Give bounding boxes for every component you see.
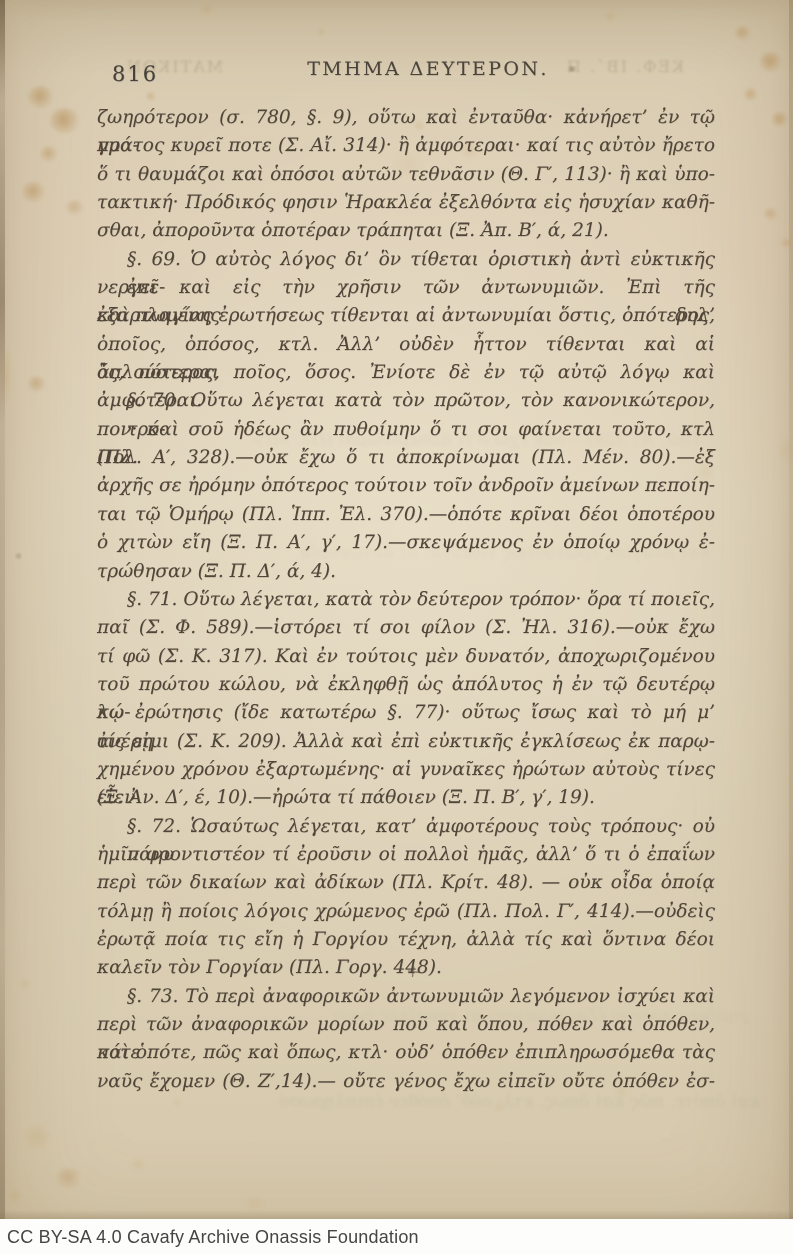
- text-line: ναῦς ἔχομεν (Θ. Ζ′,14).— οὔτε γένος ἔχω …: [97, 1068, 715, 1096]
- foxing-stain: [744, 88, 758, 101]
- text-line: καὶ πλαγίας ἐρωτήσεως τίθενται αἱ ἀντωνυ…: [97, 302, 715, 330]
- running-header: ΤΜΗΜΑ ΔΕΥΤΕΡΟΝ.: [119, 58, 737, 80]
- text-line: ὅς, πότερος, ποῖος, ὅσος. Ἐνίοτε δὲ ἐν τ…: [97, 359, 715, 387]
- text-line: §. 71. Οὕτω λέγεται, κατὰ τὸν δεύτερον τ…: [97, 586, 715, 614]
- text-line: τίς εἰμι (Σ. Κ. 209). Ἀλλὰ καὶ ἐπὶ εὐκτι…: [97, 728, 715, 756]
- text-line: ται τῷ Ὁμήρῳ (Πλ. Ἱππ. Ἐλ. 370).—ὁπότε κ…: [97, 501, 715, 529]
- foxing-stain: [50, 108, 80, 134]
- foxing-stain: [146, 92, 156, 101]
- foxing-stain: [66, 200, 84, 215]
- text-line: ἐρωτᾷ ποία τις εἴη ἡ Γοργίου τέχνη, ἀλλὰ…: [97, 926, 715, 954]
- text-line: §. 72. Ὡσαύτως λέγεται, κατ’ ἀμφοτέρους …: [97, 813, 715, 841]
- foxing-stain: [760, 52, 782, 72]
- text-line: χημένου χρόνου ἐξαρτωμένης· αἱ γυναῖκες …: [97, 756, 715, 784]
- text-line: πον· καὶ σοῦ ἡδέως ἂν πυθοίμην ὅ τι σοι …: [97, 416, 715, 444]
- text-line: λῳ ἐρώτησις (ἴδε κατωτέρω §. 77)· οὕτως …: [97, 699, 715, 727]
- text-line: γματος κυρεῖ ποτε (Σ. Αἴ. 314)· ἢ ἀμφότε…: [97, 132, 715, 160]
- text-line: ἀρχῆς σε ἠρόμην ὁπότερος τούτοιν τοῖν ἀν…: [97, 472, 715, 500]
- license-bar: CC BY-SA 4.0 Cavafy Archive Onassis Foun…: [0, 1219, 793, 1255]
- text-line: ζωηρότερον (σ. 780, §. 9), οὕτω καὶ ἐντα…: [97, 104, 715, 132]
- foxing-stain: [782, 238, 792, 248]
- paper-edge-shadow: [0, 1210, 793, 1219]
- paper-edge-shadow: [789, 0, 793, 1255]
- foxing-stain: [240, 1196, 270, 1210]
- text-line: Πολ. Α′, 328).—οὐκ ἔχω ὅ τι ἀποκρίνωμαι …: [97, 444, 715, 472]
- text-line: τοῦ πρώτου κώλου, νὰ ἐκληφθῇ ὡς ἀπόλυτος…: [97, 671, 715, 699]
- text-line: τόλμῃ ἢ ποίοις λόγοις χρώμενος ἐρῶ (Πλ. …: [97, 898, 715, 926]
- foxing-stain: [764, 208, 778, 220]
- foxing-stain: [780, 430, 793, 470]
- license-text: CC BY-SA 4.0 Cavafy Archive Onassis Foun…: [0, 1219, 793, 1255]
- text-line: νεργεῖ καὶ εἰς τὴν χρῆσιν τῶν ἀντωνυμιῶν…: [97, 274, 715, 302]
- text-line: τί φῶ (Σ. Κ. 317). Καὶ ἐν τούτοις μὲν δυ…: [97, 643, 715, 671]
- text-line: παῖ (Σ. Φ. 589).—ἱστόρει τί σοι φίλον (Σ…: [97, 614, 715, 642]
- foxing-stain: [28, 86, 54, 108]
- foxing-stain: [772, 112, 788, 127]
- text-line: §. 70. Οὕτω λέγεται κατὰ τὸν πρῶτον, τὸν…: [97, 387, 715, 415]
- text-line: ὁ χιτὼν εἴη (Ξ. Π. Α′, γ′, 17).—σκεψάμεν…: [97, 529, 715, 557]
- foxing-stain: [172, 1098, 182, 1107]
- text-line: τρώθησαν (Ξ. Π. Δ′, ά, 4).: [97, 558, 715, 586]
- foxing-stain: [735, 26, 751, 40]
- foxing-stain: [28, 376, 46, 392]
- text-line: ὁποῖος, ὁπόσος, κτλ. Ἀλλ’ οὐδὲν ἧττον τί…: [97, 331, 715, 359]
- foxing-stain: [200, 4, 214, 14]
- foxing-stain: [316, 28, 326, 36]
- body-text-block: ζωηρότερον (σ. 780, §. 9), οὕτω καὶ ἐντα…: [97, 104, 715, 1096]
- text-line: περὶ τῶν ἀναφορικῶν μορίων ποῦ καὶ ὅπου,…: [97, 1011, 715, 1039]
- foxing-stain: [40, 146, 58, 162]
- foxing-stain: [6, 1188, 24, 1204]
- foxing-stain: [56, 1168, 82, 1188]
- text-line: §. 69. Ὁ αὐτὸς λόγος δι’ ὃν τίθεται ὁρισ…: [97, 246, 715, 274]
- foxing-stain: [2, 330, 10, 420]
- text-line: (Ξ. Ἀν. Δ′, έ, 10).—ἠρώτα τί πάθοιεν (Ξ.…: [97, 784, 715, 812]
- text-line: καὶ ὁπότε, πῶς καὶ ὅπως, κτλ· οὐδ’ ὁπόθε…: [97, 1039, 715, 1067]
- ink-mark-cross: +: [405, 961, 422, 983]
- foxing-stain: [22, 182, 46, 202]
- text-line: σθαι, ἀποροῦντα ὁποτέραν τράπηται (Ξ. Ἀπ…: [97, 217, 715, 245]
- book-page-scan: ΚΕΦ. ΙΒ΄. Π ΜΑΤΙΚΩΝ. Πολ. Α′, 328).—οὐκ …: [0, 0, 793, 1255]
- foxing-stain: [604, 12, 616, 21]
- text-line: ἡμῖν φροντιστέον τί ἐροῦσιν οἱ πολλοὶ ἡμ…: [97, 841, 715, 869]
- foxing-stain: [130, 1158, 146, 1171]
- paper-edge-shadow: [0, 0, 5, 1255]
- text-line: τακτική· Πρόδικός φησιν Ἡρακλέα ἐξελθόντ…: [97, 189, 715, 217]
- text-line: §. 73. Τὸ περὶ ἀναφορικῶν ἀντωνυμιῶν λεγ…: [97, 983, 715, 1011]
- text-line: ὅ τι θαυμάζοι καὶ ὁπόσοι αὐτῶν τεθνᾶσιν …: [97, 161, 715, 189]
- foxing-stain: [14, 552, 23, 560]
- text-line: περὶ τῶν δικαίων καὶ ἀδίκων (Πλ. Κρίτ. 4…: [97, 869, 715, 897]
- foxing-stain: [18, 978, 32, 990]
- foxing-stain: [20, 1124, 54, 1150]
